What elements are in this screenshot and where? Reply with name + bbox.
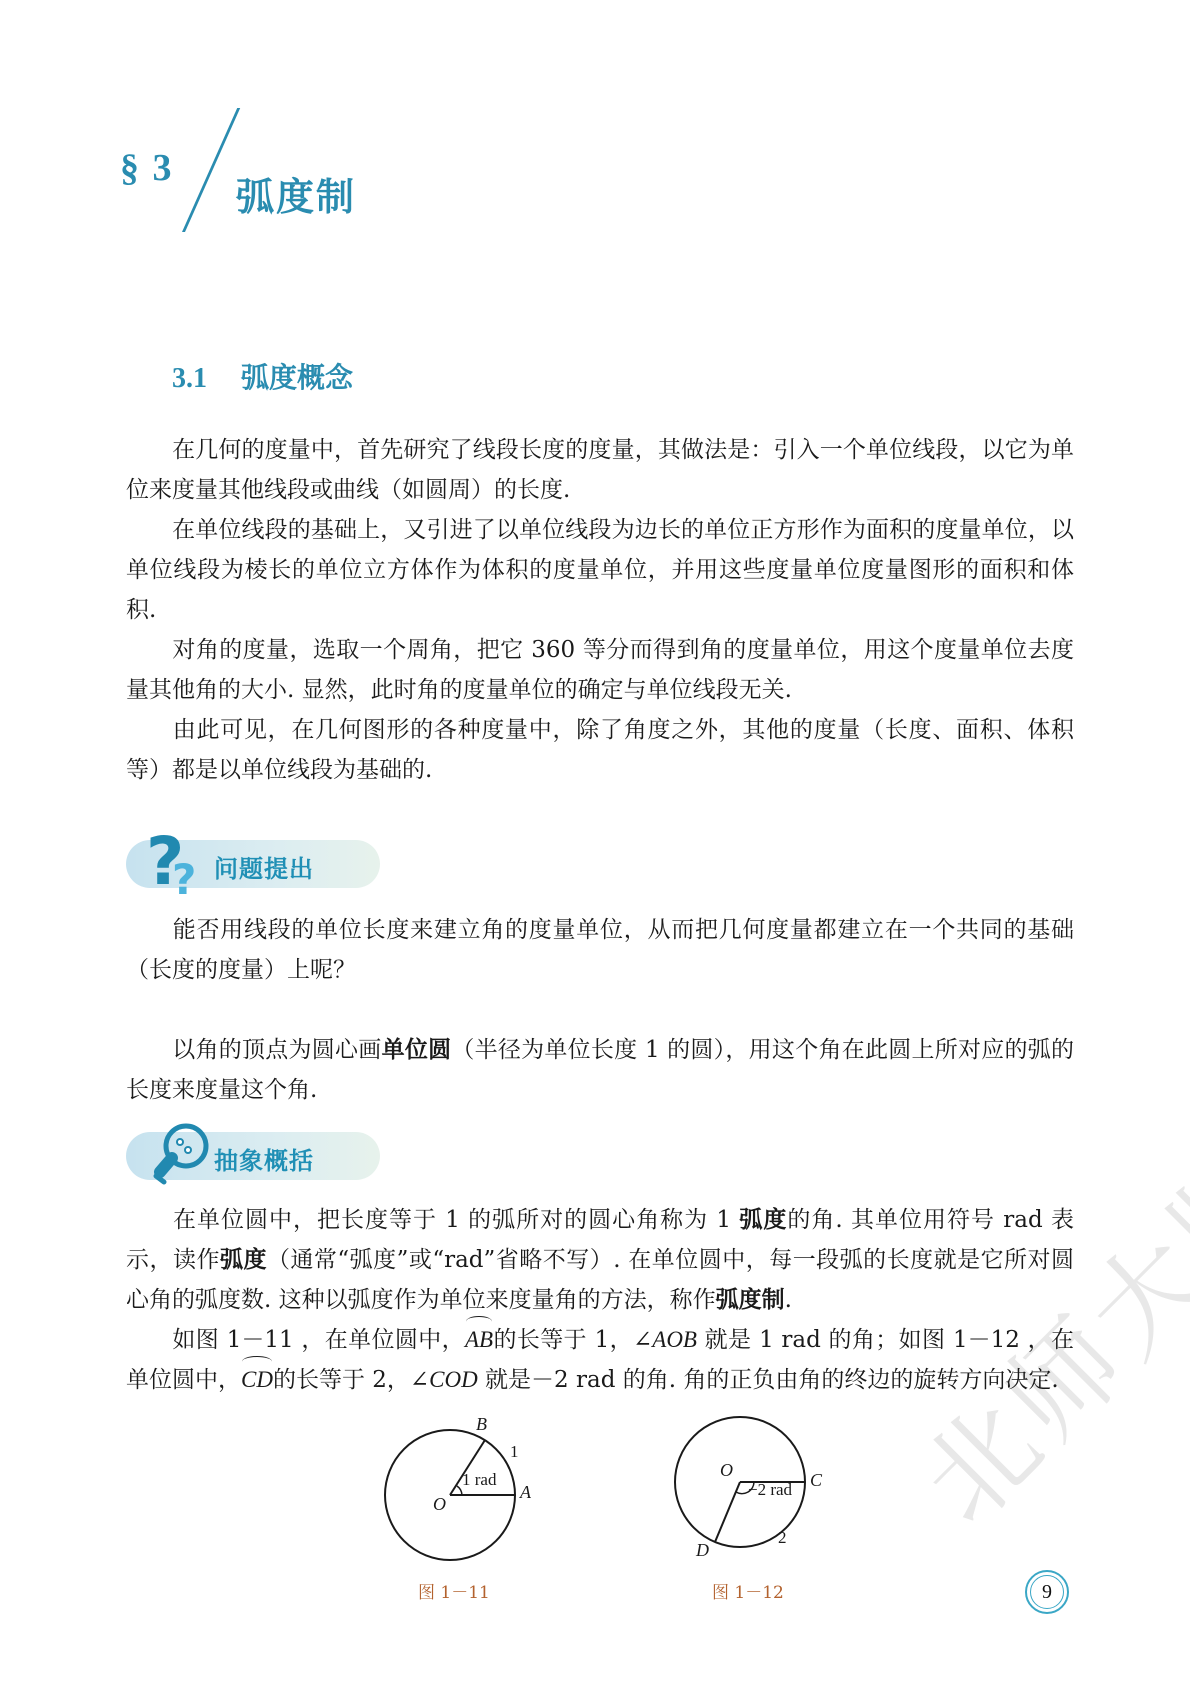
figure-1-12: O C D 2 −2 rad — [660, 1412, 830, 1576]
svg-text:?: ? — [172, 855, 196, 900]
term-radian-reading: 弧度 — [220, 1247, 267, 1273]
term-unit-circle: 单位圆 — [382, 1037, 452, 1063]
header-slash-divider — [182, 108, 240, 232]
intro-paragraph-2: 在单位线段的基础上，又引进了以单位线段为边长的单位正方形作为面积的度量单位，以单… — [126, 510, 1074, 630]
label-angle: 1 rad — [462, 1470, 496, 1490]
question-badge: ? ? 问题提出 — [126, 840, 380, 888]
term-radian-system: 弧度制 — [716, 1287, 785, 1313]
unit-circle-diagram-neg2rad — [660, 1412, 830, 1572]
page-number: 9 — [1030, 1575, 1064, 1609]
label-angle: −2 rad — [748, 1480, 792, 1500]
subsection-number: 3.1 — [172, 363, 207, 394]
lightbulb-icon — [146, 1120, 216, 1196]
question-paragraph: 能否用线段的单位长度来建立角的度量单位，从而把几何度量都建立在一个共同的基础（长… — [126, 910, 1074, 990]
question-mark-icon: ? ? — [146, 828, 210, 904]
term-radian: 弧度 — [739, 1207, 787, 1233]
page-number-badge: 9 — [1025, 1570, 1069, 1614]
abstract-badge-label: 抽象概括 — [214, 1141, 314, 1176]
definition-paragraph: 在单位圆中，把长度等于 1 的弧所对的圆心角称为 1 弧度的角. 其单位用符号 … — [126, 1200, 1074, 1320]
intro-paragraph-1: 在几何的度量中，首先研究了线段长度的度量，其做法是：引入一个单位线段，以它为单位… — [126, 430, 1074, 510]
angle-COD: COD — [429, 1367, 478, 1392]
arc-CD: CD — [241, 1360, 273, 1400]
subsection-title: 弧度概念 — [241, 361, 353, 394]
label-C: C — [810, 1470, 822, 1491]
answer-paragraph: 以角的顶点为圆心画单位圆（半径为单位长度 1 的圆），用这个角在此圆上所对应的弧… — [126, 1030, 1074, 1110]
figure-1-11: O A B 1 1 rad — [370, 1420, 540, 1574]
abstract-badge: 抽象概括 — [126, 1132, 380, 1180]
label-A: A — [520, 1482, 531, 1503]
label-O: O — [433, 1494, 446, 1515]
arc-AB: AB — [465, 1320, 493, 1360]
intro-paragraph-3: 对角的度量，选取一个周角，把它 360 等分而得到角的度量单位，用这个度量单位去… — [126, 630, 1074, 710]
label-B: B — [476, 1414, 487, 1435]
section-mark: § 3 — [120, 146, 174, 190]
angle-AOB: AOB — [652, 1327, 697, 1352]
label-arc-length: 2 — [778, 1528, 787, 1548]
figure-caption-1-11: 图 1－11 — [418, 1578, 490, 1603]
figure-caption-1-12: 图 1－12 — [712, 1578, 784, 1603]
label-D: D — [696, 1540, 709, 1561]
subsection-heading: 3.1弧度概念 — [172, 356, 353, 396]
label-O: O — [720, 1460, 733, 1481]
intro-paragraph-4: 由此可见，在几何图形的各种度量中，除了角度之外，其他的度量（长度、面积、体积等）… — [126, 710, 1074, 790]
label-arc-length: 1 — [510, 1442, 519, 1462]
chapter-title: 弧度制 — [236, 166, 356, 221]
example-paragraph: 如图 1－11 ，在单位圆中，AB的长等于 1，∠AOB 就是 1 rad 的角… — [126, 1320, 1074, 1400]
question-badge-label: 问题提出 — [214, 849, 314, 884]
